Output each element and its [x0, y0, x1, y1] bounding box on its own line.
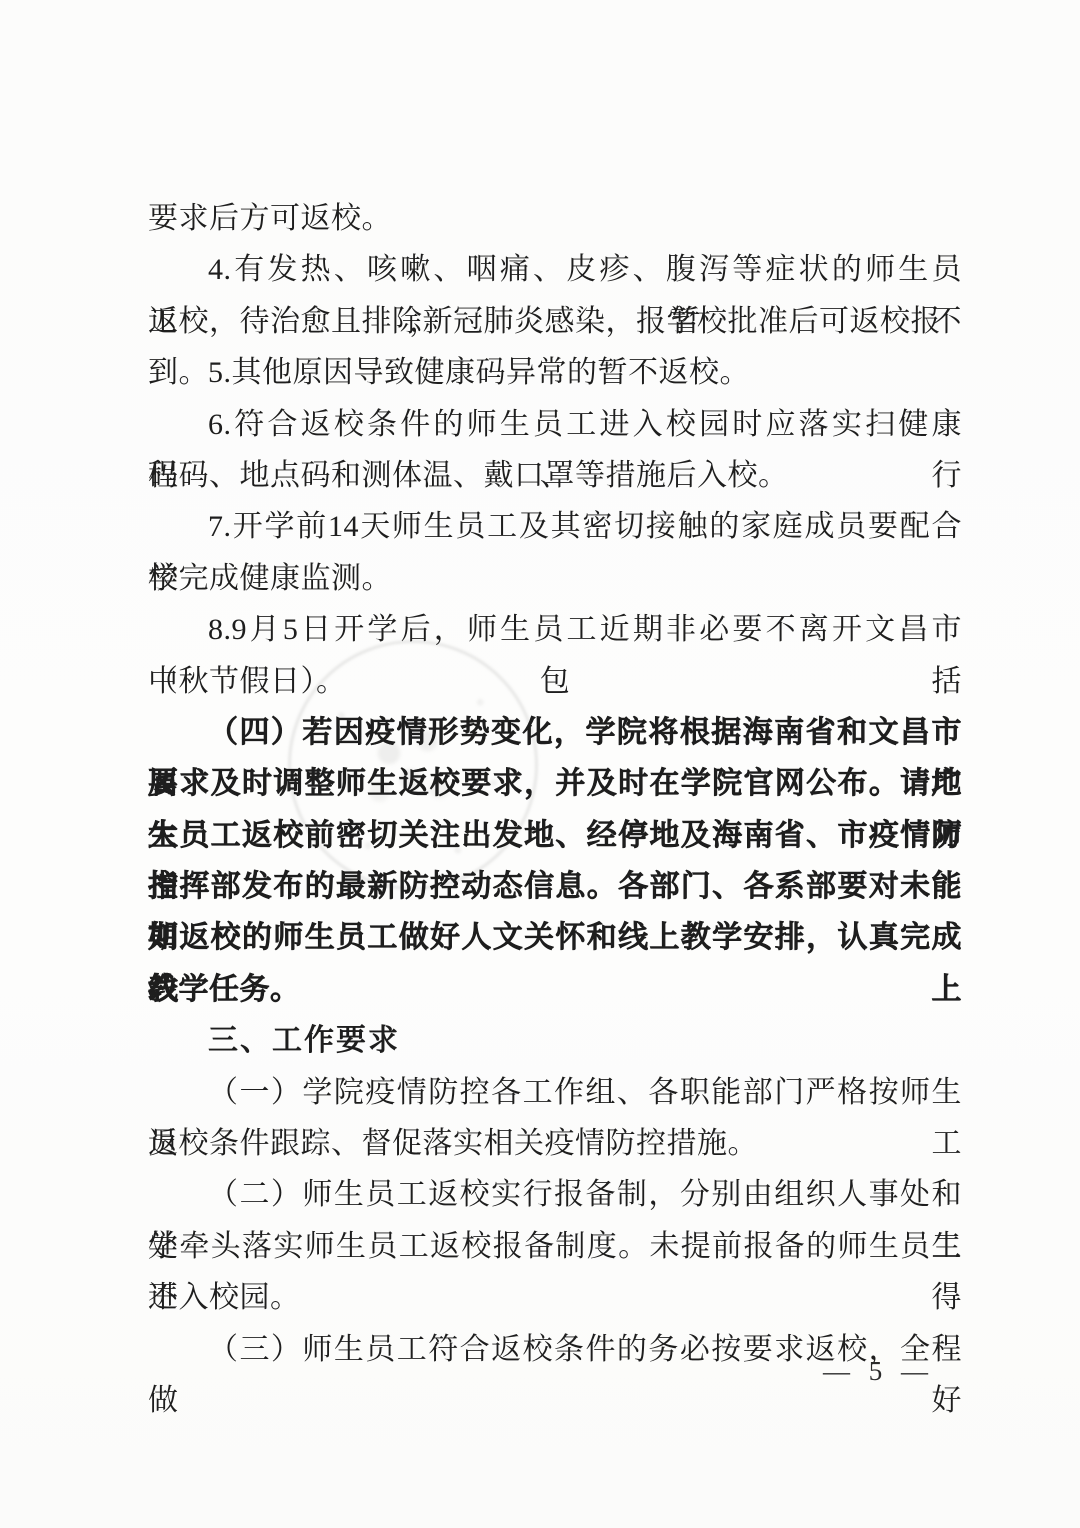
text-line: 7.开学前14天师生员工及其密切接触的家庭成员要配合学 — [148, 501, 962, 552]
text-line: 8.9月5日开学后，师生员工近期非必要不离开文昌市（包括 — [148, 604, 962, 655]
text-line: 三、工作要求 — [148, 1015, 962, 1066]
text-line: 期返校的师生员工做好人文关怀和线上教学安排，认真完成线上 — [148, 912, 962, 963]
page-number: — 5 — — [823, 1356, 934, 1387]
paragraph: 5.其他原因导致健康码异常的暂不返校。 — [148, 347, 962, 398]
text-line: 返校，待治愈且排除新冠肺炎感染，报学校批准后可返校报到。 — [148, 296, 962, 347]
paragraph: （一）学院疫情防控各工作组、各职能部门严格按师生员工返校条件跟踪、督促落实相关疫… — [148, 1067, 962, 1170]
text-line: （二）师生员工返校实行报备制，分别由组织人事处和学生 — [148, 1169, 962, 1220]
paragraph: 4.有发热、咳嗽、咽痛、皮疹、腹泻等症状的师生员工，暂不返校，待治愈且排除新冠肺… — [148, 244, 962, 347]
paragraph: （四）若因疫情形势变化，学院将根据海南省和文昌市属地要求及时调整师生返校要求，并… — [148, 707, 962, 1015]
text-line: （一）学院疫情防控各工作组、各职能部门严格按师生员工 — [148, 1067, 962, 1118]
section-heading: 三、工作要求 — [148, 1015, 962, 1066]
text-line: 6.符合返校条件的师生员工进入校园时应落实扫健康码、行 — [148, 399, 962, 450]
text-line: 处牵头落实师生员工返校报备制度。未提前报备的师生员工不得 — [148, 1221, 962, 1272]
text-line: 4.有发热、咳嗽、咽痛、皮疹、腹泻等症状的师生员工，暂不 — [148, 244, 962, 295]
text-line: 要求后方可返校。 — [148, 193, 962, 244]
paragraph: 6.符合返校条件的师生员工进入校园时应落实扫健康码、行程码、地点码和测体温、戴口… — [148, 399, 962, 502]
document-body: 要求后方可返校。4.有发热、咳嗽、咽痛、皮疹、腹泻等症状的师生员工，暂不返校，待… — [148, 193, 962, 1375]
paragraph: 7.开学前14天师生员工及其密切接触的家庭成员要配合学校完成健康监测。 — [148, 501, 962, 604]
document-page: 要求后方可返校。4.有发热、咳嗽、咽痛、皮疹、腹泻等症状的师生员工，暂不返校，待… — [0, 0, 1080, 1528]
paragraph: 要求后方可返校。 — [148, 193, 962, 244]
paragraph: 8.9月5日开学后，师生员工近期非必要不离开文昌市（包括中秋节假日）。 — [148, 604, 962, 707]
text-line: 指挥部发布的最新防控动态信息。各部门、各系部要对未能如 — [148, 861, 962, 912]
paragraph: （二）师生员工返校实行报备制，分别由组织人事处和学生处牵头落实师生员工返校报备制… — [148, 1169, 962, 1323]
text-line: （四）若因疫情形势变化，学院将根据海南省和文昌市属地 — [148, 707, 962, 758]
text-line: 要求及时调整师生返校要求，并及时在学院官网公布。请广大师 — [148, 758, 962, 809]
text-line: 5.其他原因导致健康码异常的暂不返校。 — [148, 347, 962, 398]
text-line: 生员工返校前密切关注出发地、经停地及海南省、市疫情防控 — [148, 810, 962, 861]
text-line: 校完成健康监测。 — [148, 553, 962, 604]
